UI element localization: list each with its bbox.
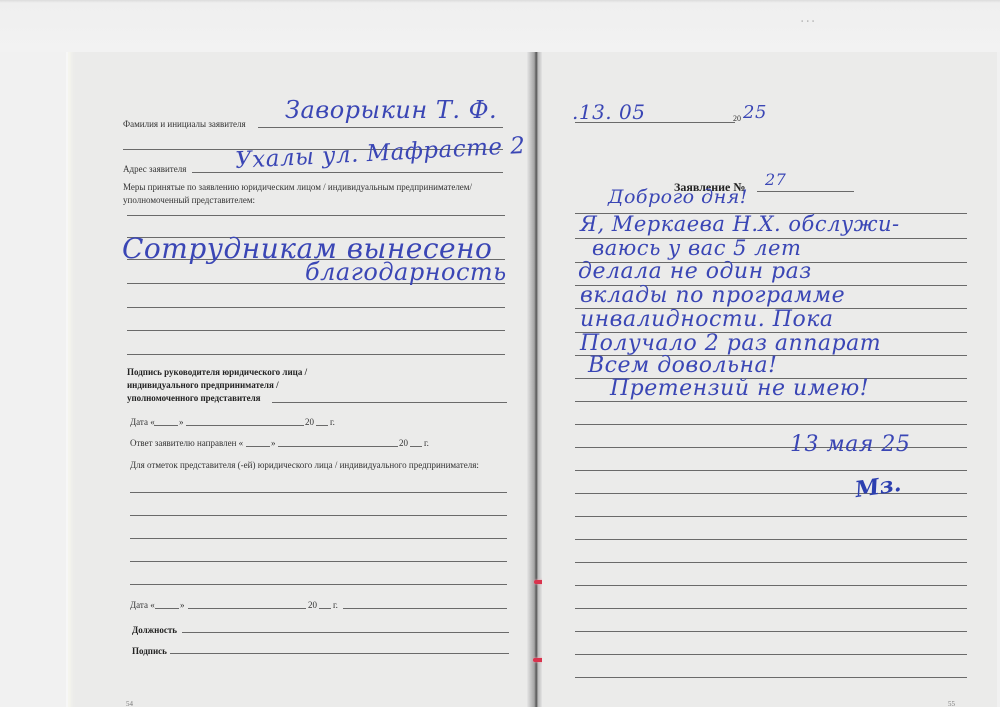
body-line-14 xyxy=(575,516,967,517)
measures-label-2: уполномоченный представителем: xyxy=(123,195,255,205)
page-number-left: 54 xyxy=(126,700,133,707)
measures-line-5 xyxy=(127,307,505,308)
body-line-15 xyxy=(575,539,967,540)
answer-mid: » xyxy=(271,438,276,448)
notes-line-5 xyxy=(130,584,507,585)
address-label: Адрес заявителя xyxy=(123,164,186,174)
statement-number: 27 xyxy=(765,170,786,189)
body-text-line-6: инвалидности. Пока xyxy=(580,307,833,332)
position-line xyxy=(182,632,509,633)
notes-line-4 xyxy=(130,561,507,562)
signature-line xyxy=(170,653,509,654)
signature-label: Подпись xyxy=(132,646,167,656)
date-suffix: г. xyxy=(330,417,335,427)
answer-year: 20 xyxy=(399,438,408,448)
body-line-10 xyxy=(575,424,967,425)
scan-background xyxy=(0,0,1000,52)
date-value: .13. 05 xyxy=(572,100,645,124)
notes-line-2 xyxy=(130,515,507,516)
date-month-line xyxy=(186,425,304,426)
notes-line-3 xyxy=(130,538,507,539)
date-year: 20 xyxy=(305,417,314,427)
date-day-line xyxy=(154,425,178,426)
measures-label-1: Меры принятые по заявлению юридическим л… xyxy=(123,182,472,192)
body-text-line-3: ваюсь у вас 5 лет xyxy=(592,236,801,260)
date2-extra-line xyxy=(343,608,507,609)
body-line-12 xyxy=(575,470,967,471)
measures-line-7 xyxy=(127,354,505,355)
body-line-18 xyxy=(575,608,967,609)
statement-number-line xyxy=(757,191,854,192)
date2-day-line xyxy=(155,608,179,609)
body-text-line-4: делала не один раз xyxy=(578,259,812,284)
date-mid: » xyxy=(179,417,184,427)
background-smudge: ··· xyxy=(800,14,816,30)
date-line xyxy=(575,122,735,123)
answer-label: Ответ заявителю направлен « xyxy=(130,438,243,448)
answer-suffix: г. xyxy=(424,438,429,448)
head-signature-label-1: Подпись руководителя юридического лица / xyxy=(127,367,307,377)
body-line-9 xyxy=(575,401,967,402)
body-line-19 xyxy=(575,631,967,632)
measures-line-6 xyxy=(127,330,505,331)
date2-mid: » xyxy=(180,600,185,610)
notes-line-1 xyxy=(130,492,507,493)
body-text-line-9: Претензий не имею! xyxy=(610,376,869,401)
surname-value: Заворыкин Т. Ф. xyxy=(285,96,497,124)
body-line-13 xyxy=(575,493,967,494)
year-value: 25 xyxy=(743,102,767,123)
body-line-21 xyxy=(575,677,967,678)
body-line-20 xyxy=(575,654,967,655)
body-text-line-1: Доброго дня! xyxy=(608,186,748,208)
date-label: Дата « xyxy=(130,417,155,427)
date2-label: Дата « xyxy=(130,600,155,610)
page-number-right: 55 xyxy=(948,700,955,707)
date2-month-line xyxy=(188,608,306,609)
body-line-17 xyxy=(575,585,967,586)
body-text-line-8: Всем довольна! xyxy=(588,353,777,378)
answer-year-line xyxy=(410,446,422,447)
measures-line-1 xyxy=(127,215,505,216)
head-signature-label-2: индивидуального предпринимателя / xyxy=(127,380,279,390)
date2-suffix: г. xyxy=(333,600,338,610)
body-text-line-2: Я, Меркаева Н.Х. обслужи- xyxy=(580,212,900,236)
head-signature-line xyxy=(272,402,507,403)
position-label: Должность xyxy=(132,625,177,635)
body-line-16 xyxy=(575,562,967,563)
date-year-line xyxy=(316,425,328,426)
answer-day-line xyxy=(246,446,270,447)
date2-year: 20 xyxy=(308,600,317,610)
measures-value-2: благодарность xyxy=(305,258,507,286)
answer-month-line xyxy=(278,446,398,447)
year-prefix: 20 xyxy=(733,114,741,123)
notes-label: Для отметок представителя (-ей) юридичес… xyxy=(130,460,479,470)
book-spine xyxy=(527,52,543,707)
head-signature-label-3: уполномоченного представителя xyxy=(127,393,261,403)
date2-year-line xyxy=(319,608,331,609)
body-text-line-5: вклады по программе xyxy=(580,283,845,308)
signed-date: 13 мая 25 xyxy=(790,432,910,457)
surname-field-line xyxy=(258,127,503,128)
surname-label: Фамилия и инициалы заявителя xyxy=(123,119,246,129)
